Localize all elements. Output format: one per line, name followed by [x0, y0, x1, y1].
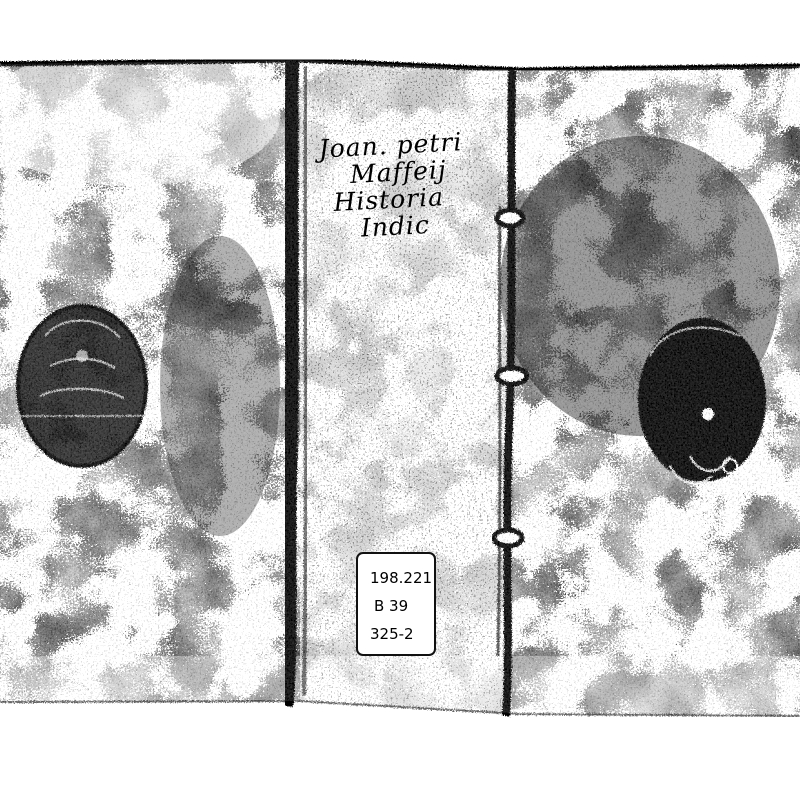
- book-binding-photo: Joan. petri Maffeij Historia Indic 198.2…: [0, 0, 800, 800]
- shelfmark-label: 198.221 B 39 325-2: [356, 552, 436, 656]
- shelfmark-line: B 39: [374, 596, 454, 616]
- shelfmark-line: 325-2: [370, 624, 450, 644]
- spine-handwritten-title: Joan. petri Maffeij Historia Indic: [312, 126, 507, 244]
- shelfmark-line: 198.221: [370, 568, 450, 588]
